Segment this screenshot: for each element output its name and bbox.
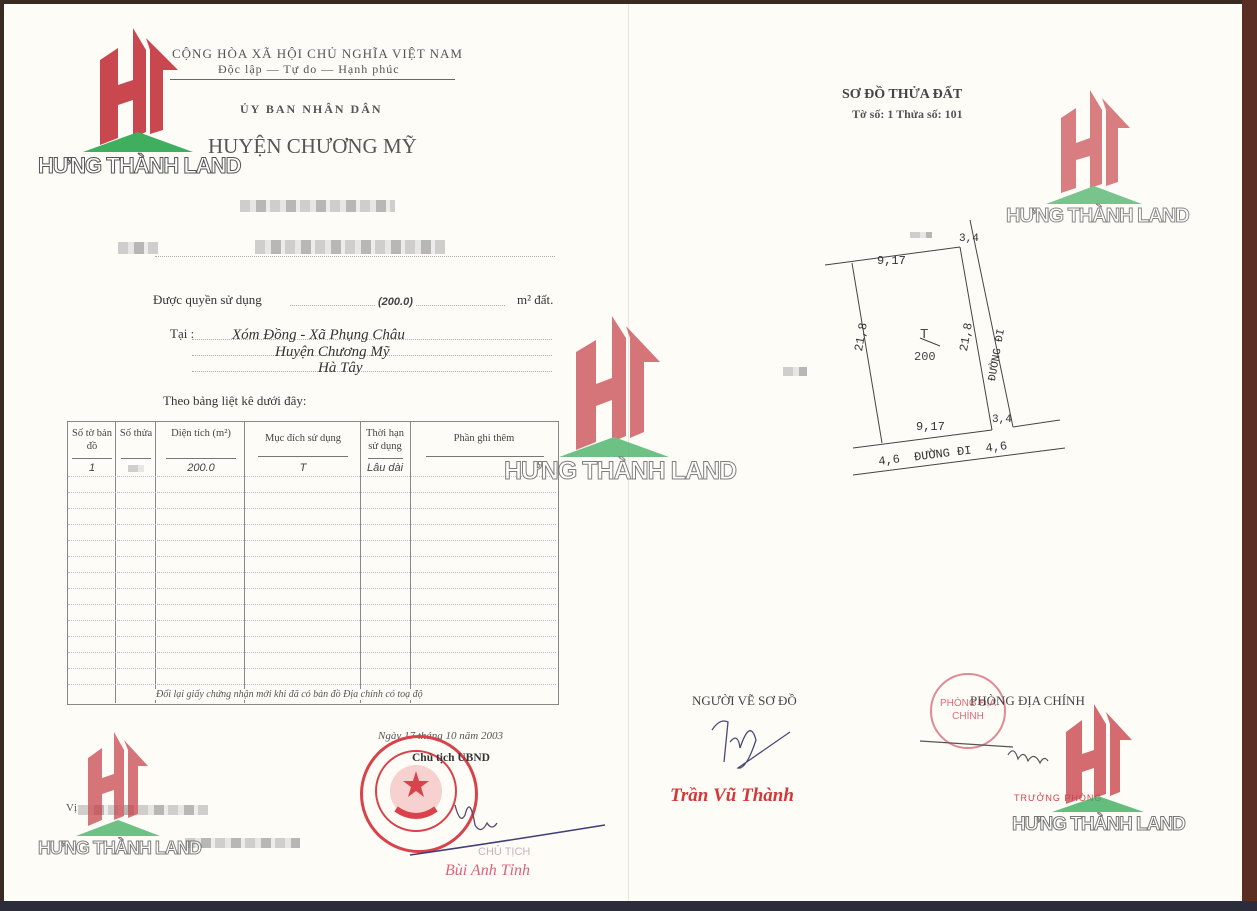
table-row-line	[68, 652, 556, 653]
table-row-line	[68, 588, 556, 589]
area-label: Được quyền sử dụng	[153, 292, 262, 308]
table-row-line	[68, 636, 556, 637]
table-row-line	[68, 572, 556, 573]
table-row-line	[68, 604, 556, 605]
drawer-signature-icon	[700, 712, 800, 772]
ht-logo-icon	[1012, 702, 1182, 814]
area-value: (200.0)	[375, 296, 416, 308]
location-line-2: Huyện Chương Mỹ	[275, 344, 390, 361]
dotted-line	[192, 371, 552, 372]
holder-name-redacted	[240, 200, 395, 212]
national-motto: Độc lập — Tự do — Hạnh phúc	[218, 62, 400, 77]
list-intro: Theo bảng liệt kê dưới đây:	[163, 393, 307, 409]
location-line-1: Xóm Đồng - Xã Phụng Châu	[232, 327, 405, 344]
top-neighbor-redacted	[910, 232, 932, 238]
table-row-line	[68, 524, 556, 525]
table-cell-term: Lâu dài	[362, 462, 408, 474]
watermark-logo: HƯNG THÀNH LAND	[1012, 702, 1182, 842]
header-underline	[121, 458, 151, 459]
background-edge-bottom	[0, 901, 1257, 911]
table-column-divider	[360, 421, 361, 703]
header-underline	[72, 458, 112, 459]
table-footnote: Đổi lại giấy chứng nhận mới khi đã có bả…	[154, 689, 425, 700]
registry-redacted-2	[185, 838, 300, 848]
table-row-line	[68, 492, 556, 493]
location-label: Tại :	[170, 326, 194, 342]
watermark-logo: HƯNG THÀNH LAND	[504, 312, 719, 492]
signer-role: CHỦ TỊCH	[478, 846, 530, 858]
table-cell-purpose: T	[248, 462, 358, 474]
land-type: T	[920, 327, 928, 343]
ht-logo-icon	[38, 730, 193, 838]
plot-reference: Tờ số: 1 Thửa số: 101	[852, 107, 963, 122]
table-header-term: Thời hạn sử dụng	[362, 427, 408, 453]
signer-name: Bùi Anh Tỉnh	[445, 862, 530, 880]
corner-bottom-length: 3,4	[992, 414, 1012, 426]
header-underline	[258, 456, 348, 457]
drawer-label: NGƯỜI VẼ SƠ ĐỒ	[692, 693, 797, 709]
ht-logo-icon	[1006, 88, 1181, 206]
watermark-logo: HƯNG THÀNH LAND	[38, 730, 193, 865]
table-row-line	[68, 556, 556, 557]
background-edge-right	[1242, 0, 1257, 911]
table-column-divider	[155, 421, 156, 703]
watermark-brand: HƯNG THÀNH LAND	[504, 457, 736, 486]
table-header-purpose: Mục đích sử dụng	[248, 432, 358, 445]
table-row-line	[68, 476, 556, 477]
land-area: 200	[914, 350, 936, 364]
watermark-brand: HƯNG THÀNH LAND	[1012, 814, 1185, 836]
watermark-brand: HƯNG THÀNH LAND	[38, 838, 201, 859]
watermark-logo: HƯNG THÀNH LAND	[38, 20, 228, 185]
authority-title: ỦY BAN NHÂN DÂN	[240, 102, 383, 117]
watermark-logo: HƯNG THÀNH LAND	[1006, 88, 1181, 238]
table-column-divider	[410, 421, 411, 703]
table-cell-parcel-redacted	[128, 465, 144, 472]
drawer-name: Trần Vũ Thành	[670, 785, 794, 807]
table-cell-map-sheet: 1	[70, 462, 114, 474]
table-row-line	[68, 508, 556, 509]
top-edge-length: 9,17	[877, 254, 906, 268]
holder-label-redacted	[118, 242, 158, 254]
watermark-brand: HƯNG THÀNH LAND	[1006, 205, 1189, 228]
plot-diagram-title: SƠ ĐỒ THỬA ĐẤT	[842, 87, 962, 103]
table-row-line	[68, 620, 556, 621]
table-cell-area: 200.0	[160, 462, 242, 474]
holder-line2-redacted	[255, 240, 445, 254]
table-row-line	[68, 684, 556, 685]
table-column-divider	[244, 421, 245, 703]
ht-logo-icon	[38, 20, 228, 155]
area-unit: m² đất.	[517, 292, 553, 308]
header-underline	[368, 458, 403, 459]
table-header-area: Diện tích (m²)	[160, 427, 242, 440]
header-underline	[166, 458, 236, 459]
table-row-line	[68, 668, 556, 669]
table-header-parcel: Số thửa	[118, 427, 154, 440]
table-column-divider	[115, 421, 116, 703]
dotted-line	[155, 256, 555, 257]
table-header-map-sheet: Số tờ bản đồ	[70, 427, 114, 453]
corner-top-length: 3,4	[959, 233, 979, 245]
left-neighbor-redacted	[783, 367, 807, 376]
table-row-line	[68, 540, 556, 541]
ht-logo-icon	[504, 312, 719, 457]
location-line-3: Hà Tây	[318, 360, 363, 377]
watermark-brand: HƯNG THÀNH LAND	[38, 153, 240, 179]
bottom-edge-length: 9,17	[916, 420, 945, 434]
signer-title: Chủ tịch UBND	[412, 752, 490, 764]
